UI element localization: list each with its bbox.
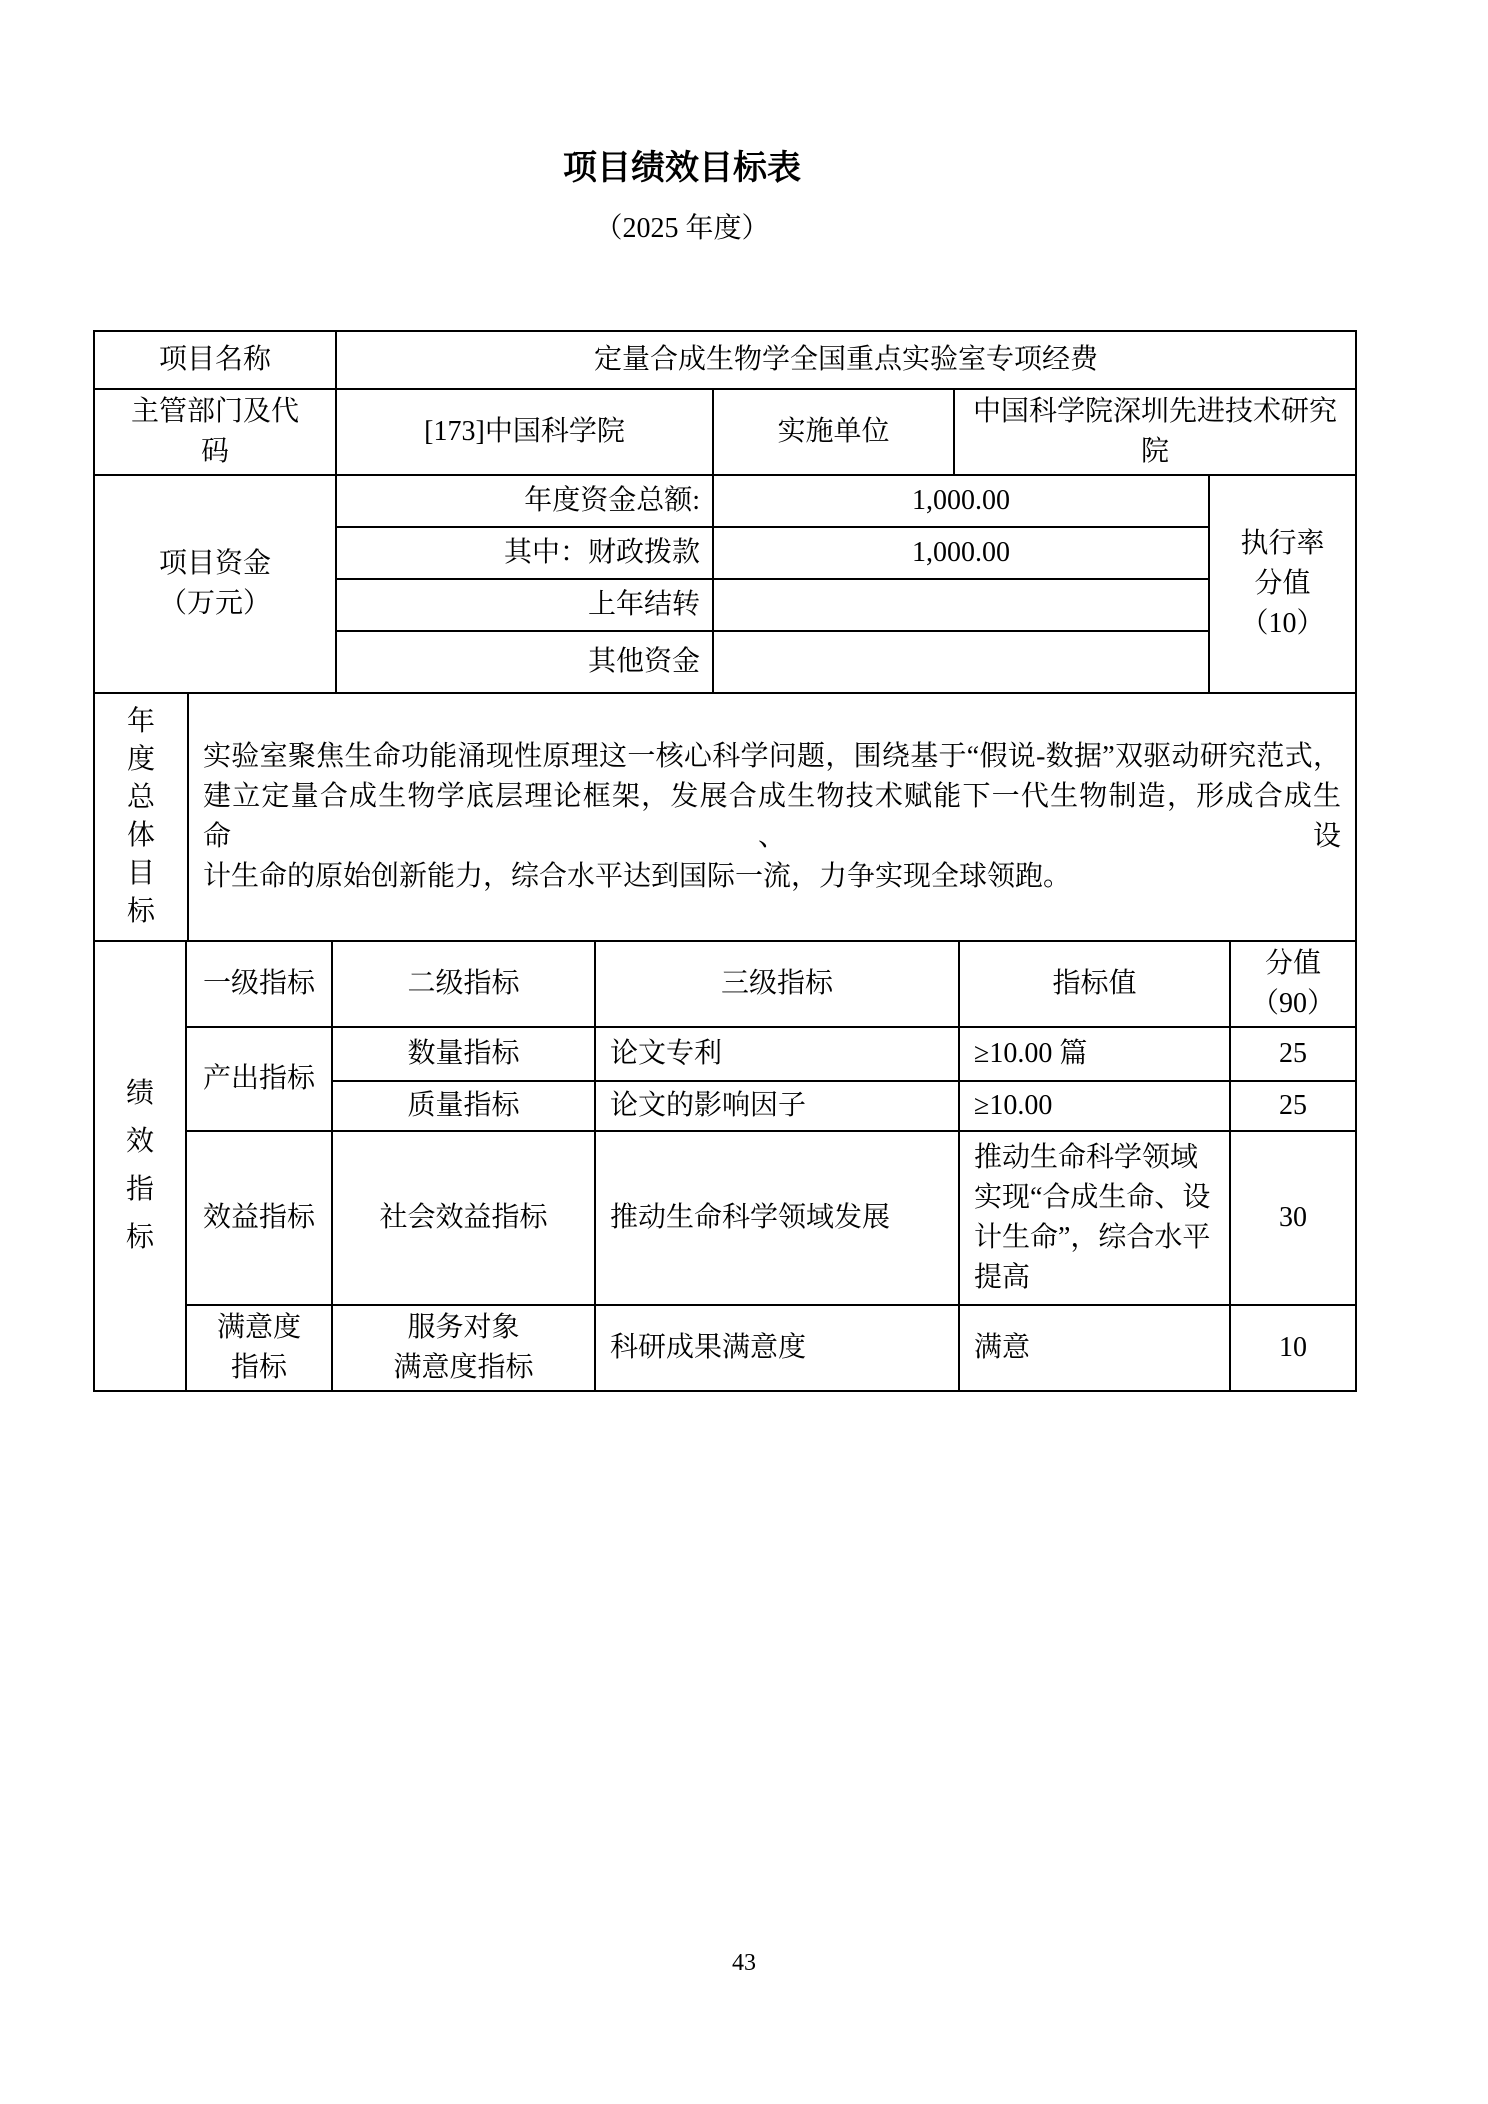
document-page: 项目绩效目标表 （2025 年度） 项目名称 定量合成生物学全国重点实验室专项经… xyxy=(0,0,1488,2104)
indicator-level1: 满意度 指标 xyxy=(186,1305,332,1391)
header-target: 指标值 xyxy=(959,941,1230,1027)
funding-carryover-label: 上年结转 xyxy=(336,579,713,631)
funding-other-label: 其他资金 xyxy=(336,631,713,693)
indicator-level2: 质量指标 xyxy=(332,1081,595,1131)
text-line: 实验室聚焦生命功能涌现性原理这一核心科学问题，围绕基于“假说-数据”双驱动研究范… xyxy=(203,737,1341,777)
text-line: 度 xyxy=(103,741,179,779)
indicator-target: 推动生命科学领域 实现“合成生命、设 计生命”，综合水平 提高 xyxy=(959,1131,1230,1305)
table-row: 年 度 总 体 目 标 实验室聚焦生命功能涌现性原理这一核心科学问题，围绕基于“… xyxy=(94,693,1356,941)
department-value: [173]中国科学院 xyxy=(336,389,713,475)
document-subtitle: （2025 年度） xyxy=(51,212,1313,246)
implementing-unit-value: 中国科学院深圳先进技术研究院 xyxy=(954,389,1356,475)
text-line: 满意度 xyxy=(195,1308,323,1348)
project-name-label: 项目名称 xyxy=(94,331,336,389)
indicator-level1: 效益指标 xyxy=(186,1131,332,1305)
document-content: 项目绩效目标表 （2025 年度） 项目名称 定量合成生物学全国重点实验室专项经… xyxy=(93,0,1355,1392)
table-row: 效益指标 社会效益指标 推动生命科学领域发展 推动生命科学领域 实现“合成生命、… xyxy=(94,1131,1356,1305)
funding-label: 项目资金 （万元） xyxy=(94,475,336,693)
text-line: 体 xyxy=(103,817,179,855)
page-number: 43 xyxy=(0,1950,1488,1977)
text-line: 分值 xyxy=(1239,944,1347,984)
indicator-level3: 论文的影响因子 xyxy=(595,1081,959,1131)
indicator-level3: 论文专利 xyxy=(595,1027,959,1081)
indicator-score: 30 xyxy=(1230,1131,1356,1305)
table-row: 项目名称 定量合成生物学全国重点实验室专项经费 xyxy=(94,331,1356,389)
indicator-score: 10 xyxy=(1230,1305,1356,1391)
text-line: 服务对象 xyxy=(341,1308,586,1348)
funding-other-value xyxy=(713,631,1209,693)
text-line: 标 xyxy=(103,1214,177,1262)
indicator-score: 25 xyxy=(1230,1027,1356,1081)
indicator-score: 25 xyxy=(1230,1081,1356,1131)
text-line: 总 xyxy=(103,779,179,817)
funding-total-value: 1,000.00 xyxy=(713,475,1209,527)
indicator-level1: 产出指标 xyxy=(186,1027,332,1131)
indicator-level2: 数量指标 xyxy=(332,1027,595,1081)
indicator-level3: 科研成果满意度 xyxy=(595,1305,959,1391)
text-line: 实现“合成生命、设 xyxy=(974,1178,1221,1218)
text-line: 建立定量合成生物学底层理论框架，发展合成生物技术赋能下一代生物制造，形成合成生命… xyxy=(203,777,1341,857)
text-line: 标 xyxy=(103,893,179,931)
indicator-target: ≥10.00 篇 xyxy=(959,1027,1230,1081)
indicator-target: ≥10.00 xyxy=(959,1081,1230,1131)
execution-rate-score-label: 执行率 分值 （10） xyxy=(1209,475,1356,693)
text-line: 指 xyxy=(103,1166,177,1214)
indicator-target: 满意 xyxy=(959,1305,1230,1391)
text-line: 效 xyxy=(103,1118,177,1166)
text-line: 提高 xyxy=(974,1258,1221,1298)
text-line: （10） xyxy=(1218,604,1347,644)
basic-info-funding-table: 项目名称 定量合成生物学全国重点实验室专项经费 主管部门及代码 [173]中国科… xyxy=(93,330,1357,694)
indicator-level2: 社会效益指标 xyxy=(332,1131,595,1305)
text-line: （万元） xyxy=(103,584,327,624)
table-row: 项目资金 （万元） 年度资金总额: 1,000.00 执行率 分值 （10） xyxy=(94,475,1356,527)
table-row: 绩 效 指 标 一级指标 二级指标 三级指标 指标值 分值 （90） xyxy=(94,941,1356,1027)
text-line: 满意度指标 xyxy=(341,1348,586,1388)
implementing-unit-label: 实施单位 xyxy=(713,389,954,475)
text-line: 指标 xyxy=(195,1348,323,1388)
text-line: 年 xyxy=(103,703,179,741)
funding-total-label: 年度资金总额: xyxy=(336,475,713,527)
funding-fiscal-value: 1,000.00 xyxy=(713,527,1209,579)
text-line: 计生命的原始创新能力，综合水平达到国际一流，力争实现全球领跑。 xyxy=(203,857,1341,897)
text-line: 执行率 xyxy=(1218,524,1347,564)
funding-carryover-value xyxy=(713,579,1209,631)
department-label: 主管部门及代码 xyxy=(94,389,336,475)
table-row: 主管部门及代码 [173]中国科学院 实施单位 中国科学院深圳先进技术研究院 xyxy=(94,389,1356,475)
funding-fiscal-label: 其中：财政拨款 xyxy=(336,527,713,579)
indicator-level2: 服务对象 满意度指标 xyxy=(332,1305,595,1391)
project-name-value: 定量合成生物学全国重点实验室专项经费 xyxy=(336,331,1356,389)
indicator-level3: 推动生命科学领域发展 xyxy=(595,1131,959,1305)
header-level3: 三级指标 xyxy=(595,941,959,1027)
text-line: 目 xyxy=(103,855,179,893)
header-score: 分值 （90） xyxy=(1230,941,1356,1027)
annual-goal-label: 年 度 总 体 目 标 xyxy=(94,693,188,941)
header-level2: 二级指标 xyxy=(332,941,595,1027)
text-line: 主管部门及代码 xyxy=(121,392,309,472)
text-line: 项目资金 xyxy=(103,544,327,584)
indicators-table: 绩 效 指 标 一级指标 二级指标 三级指标 指标值 分值 （90） 产出指标 … xyxy=(93,940,1357,1392)
text-line: （90） xyxy=(1239,984,1347,1024)
text-line: 绩 xyxy=(103,1070,177,1118)
table-row: 产出指标 数量指标 论文专利 ≥10.00 篇 25 xyxy=(94,1027,1356,1081)
text-line: 推动生命科学领域 xyxy=(974,1138,1221,1178)
annual-goal-text: 实验室聚焦生命功能涌现性原理这一核心科学问题，围绕基于“假说-数据”双驱动研究范… xyxy=(188,693,1356,941)
annual-goal-table: 年 度 总 体 目 标 实验室聚焦生命功能涌现性原理这一核心科学问题，围绕基于“… xyxy=(93,692,1357,942)
text-line: 计生命”，综合水平 xyxy=(974,1218,1221,1258)
header-level1: 一级指标 xyxy=(186,941,332,1027)
indicators-label: 绩 效 指 标 xyxy=(94,941,186,1391)
table-row: 满意度 指标 服务对象 满意度指标 科研成果满意度 满意 10 xyxy=(94,1305,1356,1391)
text-line: 分值 xyxy=(1218,564,1347,604)
document-title: 项目绩效目标表 xyxy=(51,148,1313,188)
